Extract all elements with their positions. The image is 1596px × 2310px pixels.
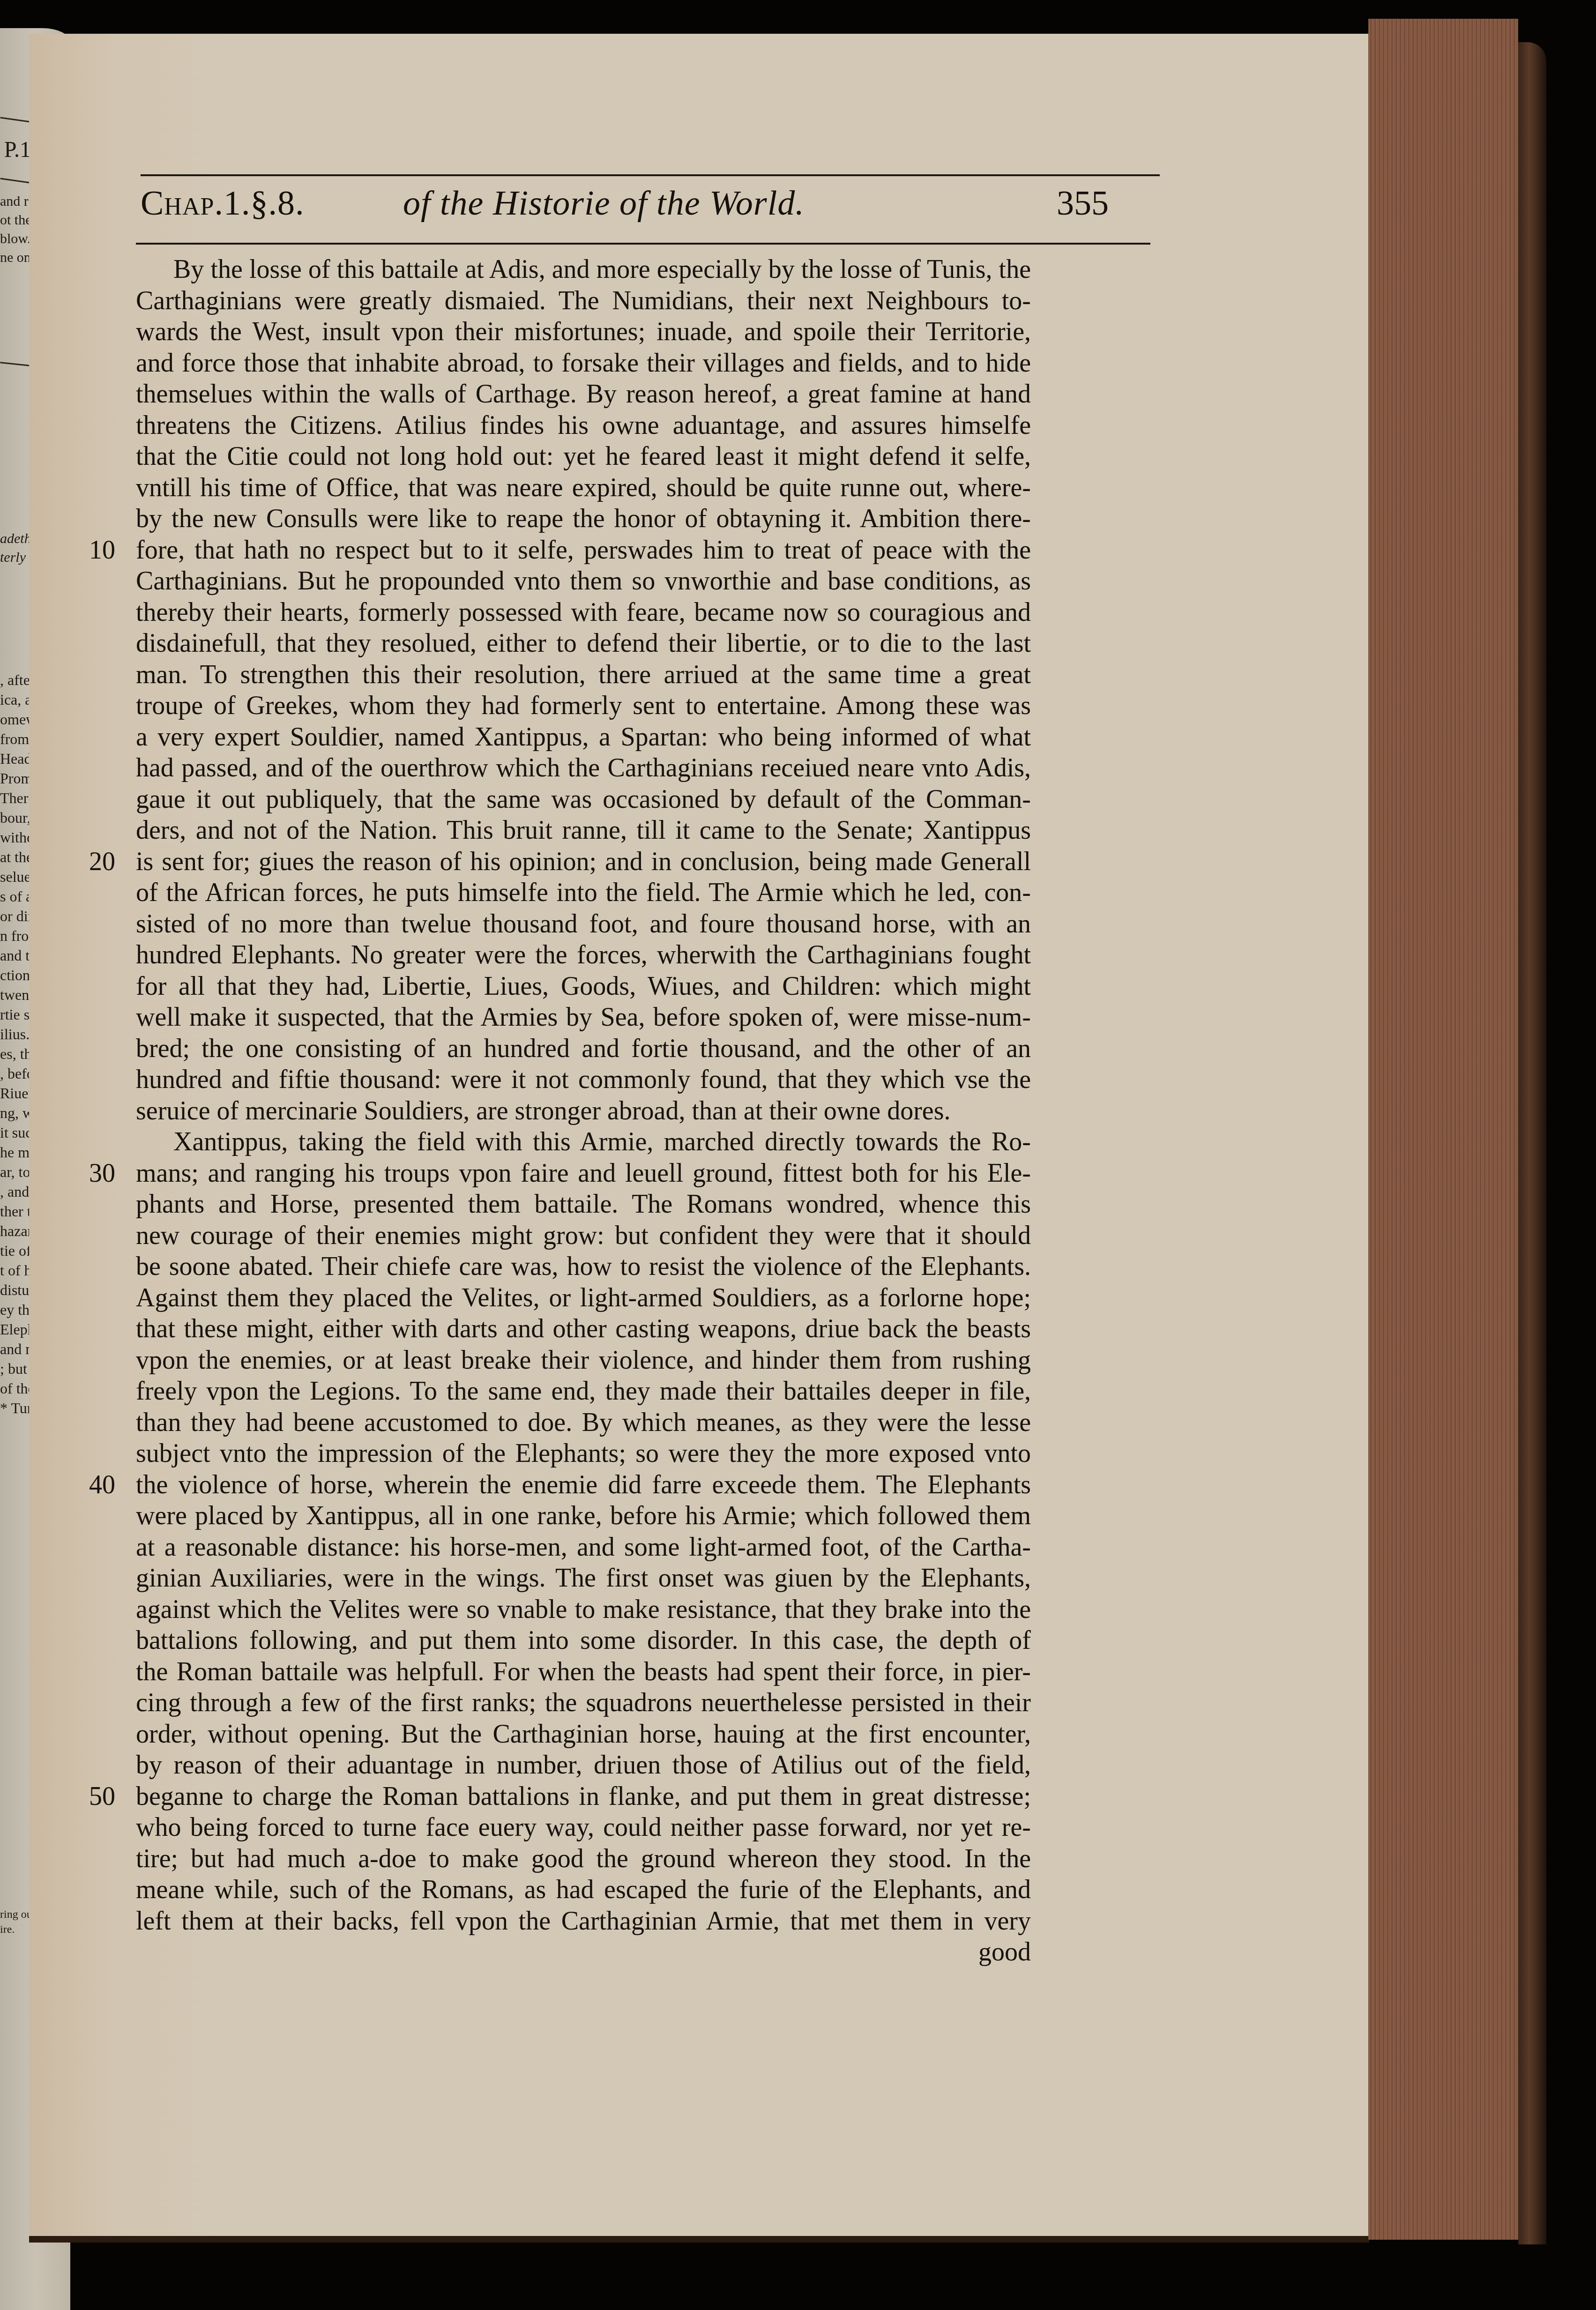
text-line: mans; and ranging his troups vpon faire …: [136, 1158, 1031, 1189]
text-line: order, without opening. But the Carthagi…: [136, 1719, 1031, 1750]
text-line: that these might, either with darts and …: [136, 1313, 1031, 1345]
chapter-label: Chap.1.§.8.: [141, 184, 304, 223]
text-line: troupe of Greekes, whom they had formerl…: [136, 690, 1031, 722]
text-line: had passed, and of the ouerthrow which t…: [136, 753, 1031, 784]
text-line: new courage of their enemies might grow:…: [136, 1220, 1031, 1252]
text-line: by reason of their aduantage in number, …: [136, 1750, 1031, 1781]
text-line: well make it suspected, that the Armies …: [136, 1002, 1031, 1033]
line-number: 30: [89, 1158, 115, 1189]
text-line: wards the West, insult vpon their misfor…: [136, 316, 1031, 348]
fore-edge: [1368, 19, 1518, 2240]
text-line: ginian Auxiliaries, were in the wings. T…: [136, 1563, 1031, 1594]
text-line: vpon the enemies, or at least breake the…: [136, 1345, 1031, 1376]
text-line: for all that they had, Libertie, Liues, …: [136, 971, 1031, 1002]
text-line: man. To strengthen this their resolution…: [136, 659, 1031, 691]
header-top-rule: [141, 174, 1160, 176]
text-line: is sent for; giues the reason of his opi…: [136, 846, 1031, 878]
text-line: subject vnto the impression of the Eleph…: [136, 1438, 1031, 1469]
text-line: vntill his time of Office, that was near…: [136, 472, 1031, 504]
text-line: the Roman battaile was helpfull. For whe…: [136, 1656, 1031, 1688]
text-line: bred; the one consisting of an hundred a…: [136, 1033, 1031, 1065]
text-line: were placed by Xantippus, all in one ran…: [136, 1500, 1031, 1532]
text-line: freely vpon the Legions. To the same end…: [136, 1376, 1031, 1407]
running-title: of the Historie of the World.: [403, 184, 805, 224]
text-line: hundred Elephants. No greater were the f…: [136, 939, 1031, 971]
text-line: cing through a few of the first ranks; t…: [136, 1687, 1031, 1719]
body-text: By the losse of this battaile at Adis, a…: [136, 254, 1031, 1968]
running-head: Chap.1.§.8. of the Historie of the World…: [141, 184, 304, 224]
line-number: 40: [89, 1469, 115, 1501]
line-number: 10: [89, 535, 115, 566]
text-line: the violence of horse, wherein the enemi…: [136, 1469, 1031, 1501]
text-line: thereby their hearts, formerly possessed…: [136, 597, 1031, 628]
text-line: than they had beene accustomed to doe. B…: [136, 1407, 1031, 1438]
text-line: meane while, such of the Romans, as had …: [136, 1874, 1031, 1906]
text-line: ders, and not of the Nation. This bruit …: [136, 815, 1031, 846]
text-line: and force those that inhabite abroad, to…: [136, 348, 1031, 379]
text-line: threatens the Citizens. Atilius findes h…: [136, 410, 1031, 441]
text-line: Against them they placed the Velites, or…: [136, 1282, 1031, 1314]
text-line: left them at their backs, fell vpon the …: [136, 1906, 1031, 1937]
text-line: Carthaginians. But he propounded vnto th…: [136, 566, 1031, 597]
line-number: 20: [89, 846, 115, 878]
text-line: phants and Horse, presented them battail…: [136, 1189, 1031, 1220]
text-line: of the African forces, he puts himselfe …: [136, 877, 1031, 909]
text-line: beganne to charge the Roman battalions i…: [136, 1781, 1031, 1812]
book-cover: [1518, 42, 1546, 2244]
text-line: disdainefull, that they resolued, either…: [136, 628, 1031, 659]
text-line: a very expert Souldier, named Xantippus,…: [136, 722, 1031, 753]
text-line: sisted of no more than twelue thousand f…: [136, 909, 1031, 940]
text-line: Carthaginians were greatly dismaied. The…: [136, 285, 1031, 317]
page-number: 355: [1057, 184, 1109, 224]
text-line: gaue it out publiquely, that the same wa…: [136, 784, 1031, 815]
text-line: Xantippus, taking the field with this Ar…: [136, 1126, 1031, 1158]
header-bottom-rule: [136, 243, 1150, 245]
text-line: who being forced to turne face euery way…: [136, 1812, 1031, 1843]
text-line: be soone abated. Their chiefe care was, …: [136, 1251, 1031, 1282]
text-line: fore, that hath no respect but to it sel…: [136, 535, 1031, 566]
text-line: seruice of mercinarie Souldiers, are str…: [136, 1095, 1031, 1127]
line-number: 50: [89, 1781, 115, 1812]
text-line: by the new Consulls were like to reape t…: [136, 503, 1031, 535]
text-line: themselues within the walls of Carthage.…: [136, 379, 1031, 410]
text-line: hundred and fiftie thousand: were it not…: [136, 1064, 1031, 1095]
text-line: battalions following, and put them into …: [136, 1625, 1031, 1656]
text-line: against which the Velites were so vnable…: [136, 1594, 1031, 1625]
text-line: good: [136, 1937, 1031, 1968]
text-line: By the losse of this battaile at Adis, a…: [136, 254, 1031, 285]
text-line: tire; but had much a-doe to make good th…: [136, 1843, 1031, 1875]
text-line: at a reasonable distance: his horse-men,…: [136, 1532, 1031, 1563]
text-line: that the Citie could not long hold out: …: [136, 441, 1031, 472]
